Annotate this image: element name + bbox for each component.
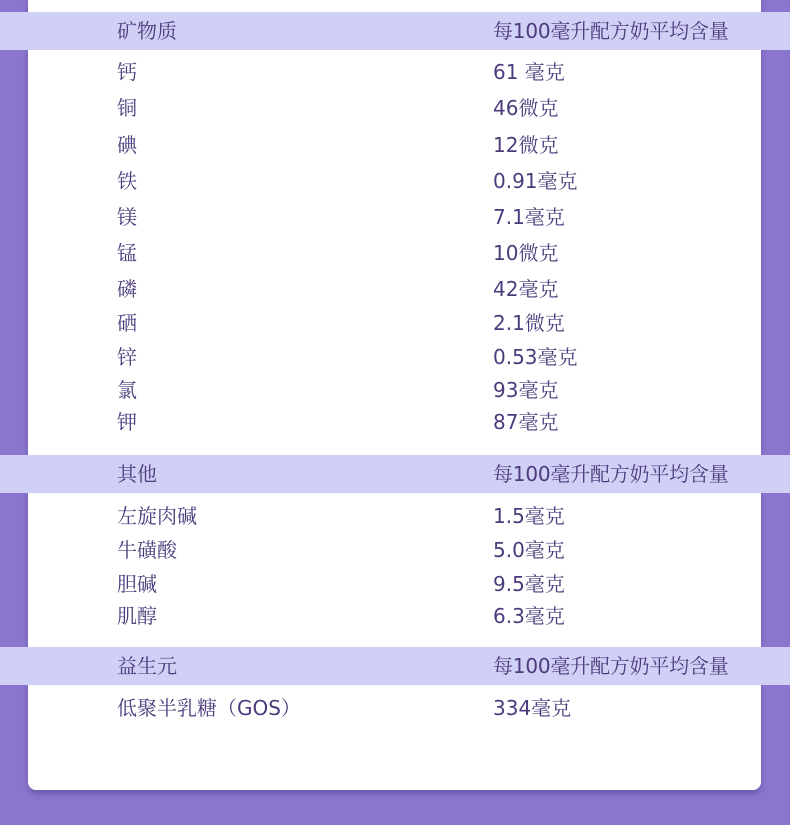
column-header: 每100毫升配方奶平均含量	[493, 455, 729, 493]
table-row: 左旋肉碱 1.5毫克	[0, 501, 790, 531]
table-row: 镁 7.1毫克	[0, 202, 790, 232]
section-header-prebiotics: 益生元 每100毫升配方奶平均含量	[0, 647, 790, 685]
table-row: 胆碱 9.5毫克	[0, 569, 790, 599]
nutrient-value: 12微克	[493, 130, 558, 160]
nutrient-name: 氯	[117, 375, 137, 405]
section-title: 其他	[117, 455, 157, 493]
nutrient-name: 碘	[117, 130, 137, 160]
nutrient-name: 左旋肉碱	[117, 501, 197, 531]
nutrient-value: 10微克	[493, 238, 558, 268]
nutrient-value: 5.0毫克	[493, 535, 565, 565]
column-header: 每100毫升配方奶平均含量	[493, 647, 729, 685]
section-header-minerals: 矿物质 每100毫升配方奶平均含量	[0, 12, 790, 50]
nutrient-value: 42毫克	[493, 274, 558, 304]
nutrient-name: 钙	[117, 57, 137, 87]
nutrient-value: 0.53毫克	[493, 342, 578, 372]
table-row: 肌醇 6.3毫克	[0, 601, 790, 631]
nutrient-name: 镁	[117, 202, 137, 232]
table-row: 铜 46微克	[0, 93, 790, 123]
nutrient-value: 334毫克	[493, 693, 571, 723]
table-row: 牛磺酸 5.0毫克	[0, 535, 790, 565]
table-row: 钙 61 毫克	[0, 57, 790, 87]
nutrient-value: 46微克	[493, 93, 558, 123]
nutrient-name: 铁	[117, 166, 137, 196]
nutrient-value: 6.3毫克	[493, 601, 565, 631]
nutrient-name: 铜	[117, 93, 137, 123]
section-header-others: 其他 每100毫升配方奶平均含量	[0, 455, 790, 493]
nutrient-name: 低聚半乳糖（GOS）	[117, 693, 301, 723]
table-row: 锰 10微克	[0, 238, 790, 268]
nutrient-name: 磷	[117, 274, 137, 304]
nutrient-value: 9.5毫克	[493, 569, 565, 599]
nutrient-name: 锌	[117, 342, 137, 372]
nutrient-name: 牛磺酸	[117, 535, 177, 565]
nutrient-name: 锰	[117, 238, 137, 268]
nutrient-value: 0.91毫克	[493, 166, 578, 196]
table-row: 磷 42毫克	[0, 274, 790, 304]
nutrient-value: 1.5毫克	[493, 501, 565, 531]
nutrient-name: 肌醇	[117, 601, 157, 631]
section-title: 益生元	[117, 647, 177, 685]
column-header: 每100毫升配方奶平均含量	[493, 12, 729, 50]
nutrient-name: 胆碱	[117, 569, 157, 599]
nutrient-value: 7.1毫克	[493, 202, 565, 232]
table-row: 低聚半乳糖（GOS） 334毫克	[0, 693, 790, 723]
table-row: 钾 87毫克	[0, 407, 790, 437]
table-row: 锌 0.53毫克	[0, 342, 790, 372]
nutrient-value: 61 毫克	[493, 57, 565, 87]
table-row: 氯 93毫克	[0, 375, 790, 405]
table-row: 碘 12微克	[0, 130, 790, 160]
section-title: 矿物质	[117, 12, 177, 50]
nutrient-value: 93毫克	[493, 375, 558, 405]
table-row: 铁 0.91毫克	[0, 166, 790, 196]
nutrient-name: 钾	[117, 407, 137, 437]
nutrient-name: 硒	[117, 308, 137, 338]
table-row: 硒 2.1微克	[0, 308, 790, 338]
nutrient-value: 87毫克	[493, 407, 558, 437]
nutrient-value: 2.1微克	[493, 308, 565, 338]
